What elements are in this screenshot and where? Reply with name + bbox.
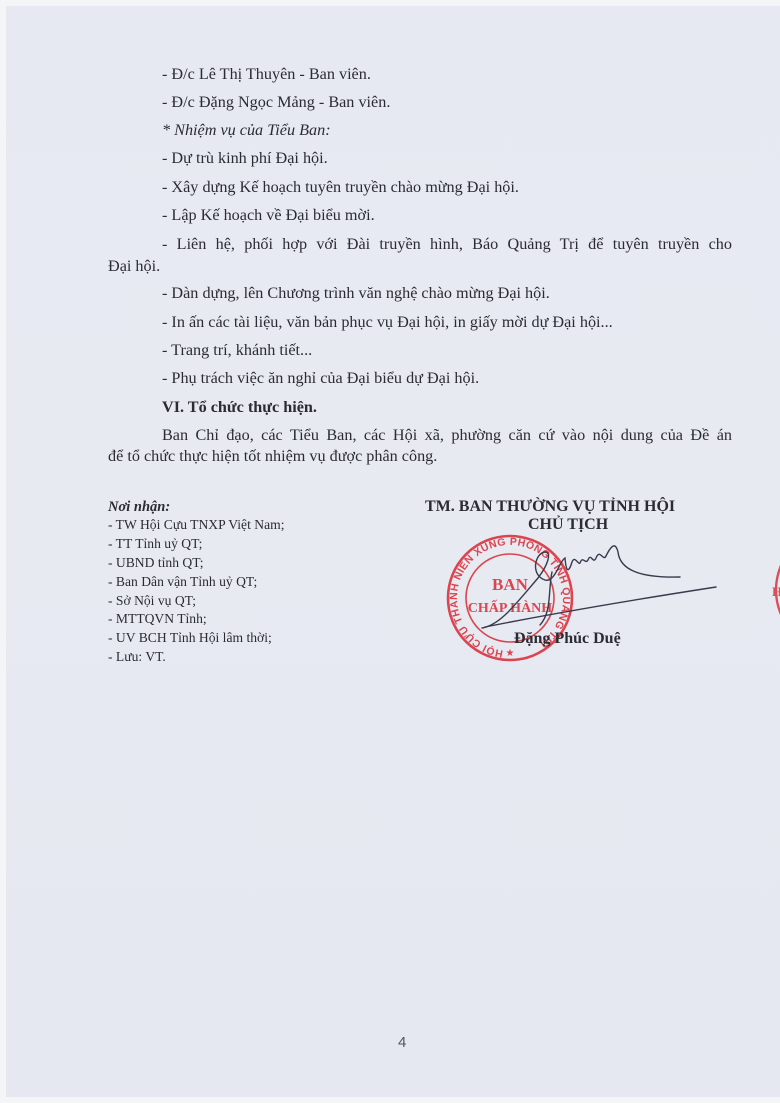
star-icon: ★ — [506, 648, 515, 659]
svg-text:H: H — [772, 584, 780, 599]
stamp-center-line2: CHẤP HÀNH — [468, 599, 553, 616]
partial-stamp-right-edge: H — [772, 528, 780, 652]
stamp-center-line1: BAN — [492, 575, 529, 594]
stamp-and-signature: HỘI CỰU THANH NIÊN XUNG PHONG TỈNH QUẢNG… — [0, 0, 780, 1103]
signer-name: Đặng Phúc Duệ — [514, 630, 621, 648]
page-number: 4 — [398, 1034, 406, 1051]
